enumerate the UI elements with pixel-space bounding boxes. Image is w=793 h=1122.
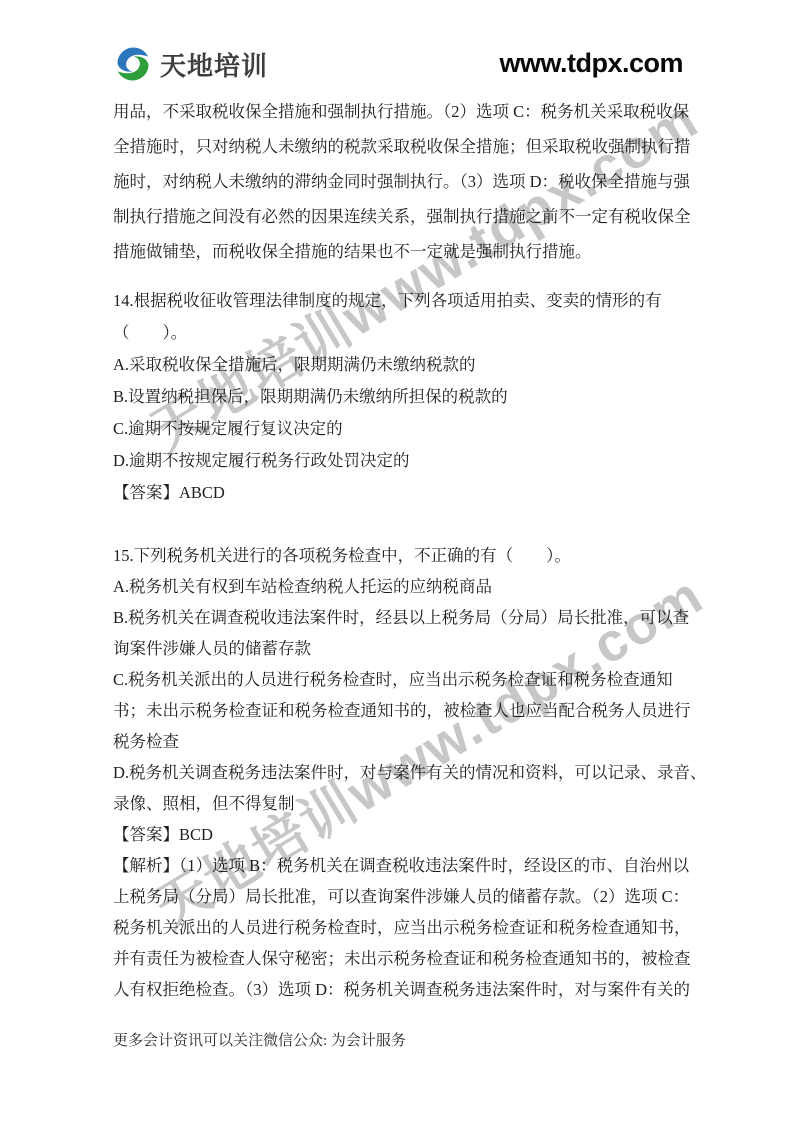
question-14-option-d: D.逾期不按规定履行税务行政处罚决定的: [113, 443, 685, 475]
question-15-option-c-cont: 书；未出示税务检查证和税务检查通知书的，被检查人也应当配合税务人员进行: [113, 693, 685, 724]
text-line: 全措施时，只对纳税人未缴纳的税款采取税收保全措施；但采取税收强制执行措: [113, 127, 685, 162]
question-15-analysis-line5: 人有权拒绝检查。（3）选项 D：税务机关调查税务违法案件时，对与案件有关的: [113, 972, 685, 1003]
question-14-option-a: A.采取税收保全措施后，限期期满仍未缴纳税款的: [113, 347, 685, 379]
question-15-answer: 【答案】BCD: [113, 817, 685, 848]
question-15-analysis-line3: 税务机关派出的人员进行税务检查时，应当出示税务检查证和税务检查通知书，: [113, 910, 685, 941]
question-15-option-b: B.税务机关在调查税收违法案件时，经县以上税务局（分局）局长批准，可以查: [113, 600, 685, 631]
question-14-stem-blank: （ ）。: [113, 315, 685, 347]
question-15-option-b-cont: 询案件涉嫌人员的储蓄存款: [113, 631, 685, 662]
document-page: 天地培训www.tdpx.com 天地培训www.tdpx.com 天地培训 w…: [0, 0, 793, 1122]
footer-note: 更多会计资讯可以关注微信公众: 为会计服务: [113, 1029, 406, 1050]
question-15-analysis-line4: 并有责任为被检查人保守秘密；未出示税务检查证和税务检查通知书的，被检查: [113, 941, 685, 972]
question-14-answer: 【答案】ABCD: [113, 475, 685, 507]
question-14-option-b: B.设置纳税担保后，限期期满仍未缴纳所担保的税款的: [113, 379, 685, 411]
swirl-logo-icon: [113, 44, 153, 84]
question-14-stem: 14.根据税收征收管理法律制度的规定，下列各项适用拍卖、变卖的情形的有: [113, 283, 685, 315]
question-15-analysis: 【解析】（1）选项 B：税务机关在调查税收违法案件时，经设区的市、自治州以: [113, 848, 685, 879]
text-line: 制执行措施之间没有必然的因果连续关系，强制执行措施之前不一定有税收保全: [113, 197, 685, 232]
text-line: 用品，不采取税收保全措施和强制执行措施。（2）选项 C：税务机关采取税收保: [113, 92, 685, 127]
question-15-stem: 15.下列税务机关进行的各项税务检查中，不正确的有（ ）。: [113, 538, 685, 569]
question-15-option-d: D.税务机关调查税务违法案件时，对与案件有关的情况和资料，可以记录、录音、: [113, 755, 685, 786]
q13-analysis-continued: 用品，不采取税收保全措施和强制执行措施。（2）选项 C：税务机关采取税收保 全措…: [113, 92, 685, 267]
company-logo-text: 天地培训: [160, 46, 268, 83]
question-14: 14.根据税收征收管理法律制度的规定，下列各项适用拍卖、变卖的情形的有 （ ）。…: [113, 283, 685, 507]
text-line: 施时，对纳税人未缴纳的滞纳金同时强制执行。（3）选项 D：税收保全措施与强: [113, 162, 685, 197]
page-footer: 更多会计资讯可以关注微信公众: 为会计服务: [113, 1028, 406, 1050]
question-15-option-d-cont: 录像、照相，但不得复制: [113, 786, 685, 817]
question-15-option-a: A.税务机关有权到车站检查纳税人托运的应纳税商品: [113, 569, 685, 600]
company-logo: 天地培训: [113, 44, 268, 84]
site-url: www.tdpx.com: [499, 48, 683, 79]
question-14-option-c: C.逾期不按规定履行复议决定的: [113, 411, 685, 443]
question-15: 15.下列税务机关进行的各项税务检查中，不正确的有（ ）。 A.税务机关有权到车…: [113, 538, 685, 1003]
page-header: 天地培训 www.tdpx.com: [113, 42, 683, 92]
text-line: 措施做铺垫，而税收保全措施的结果也不一定就是强制执行措施。: [113, 232, 685, 267]
question-15-option-c-cont2: 税务检查: [113, 724, 685, 755]
question-15-analysis-line2: 上税务局（分局）局长批准，可以查询案件涉嫌人员的储蓄存款。（2）选项 C：: [113, 879, 685, 910]
question-15-option-c: C.税务机关派出的人员进行税务检查时，应当出示税务检查证和税务检查通知: [113, 662, 685, 693]
